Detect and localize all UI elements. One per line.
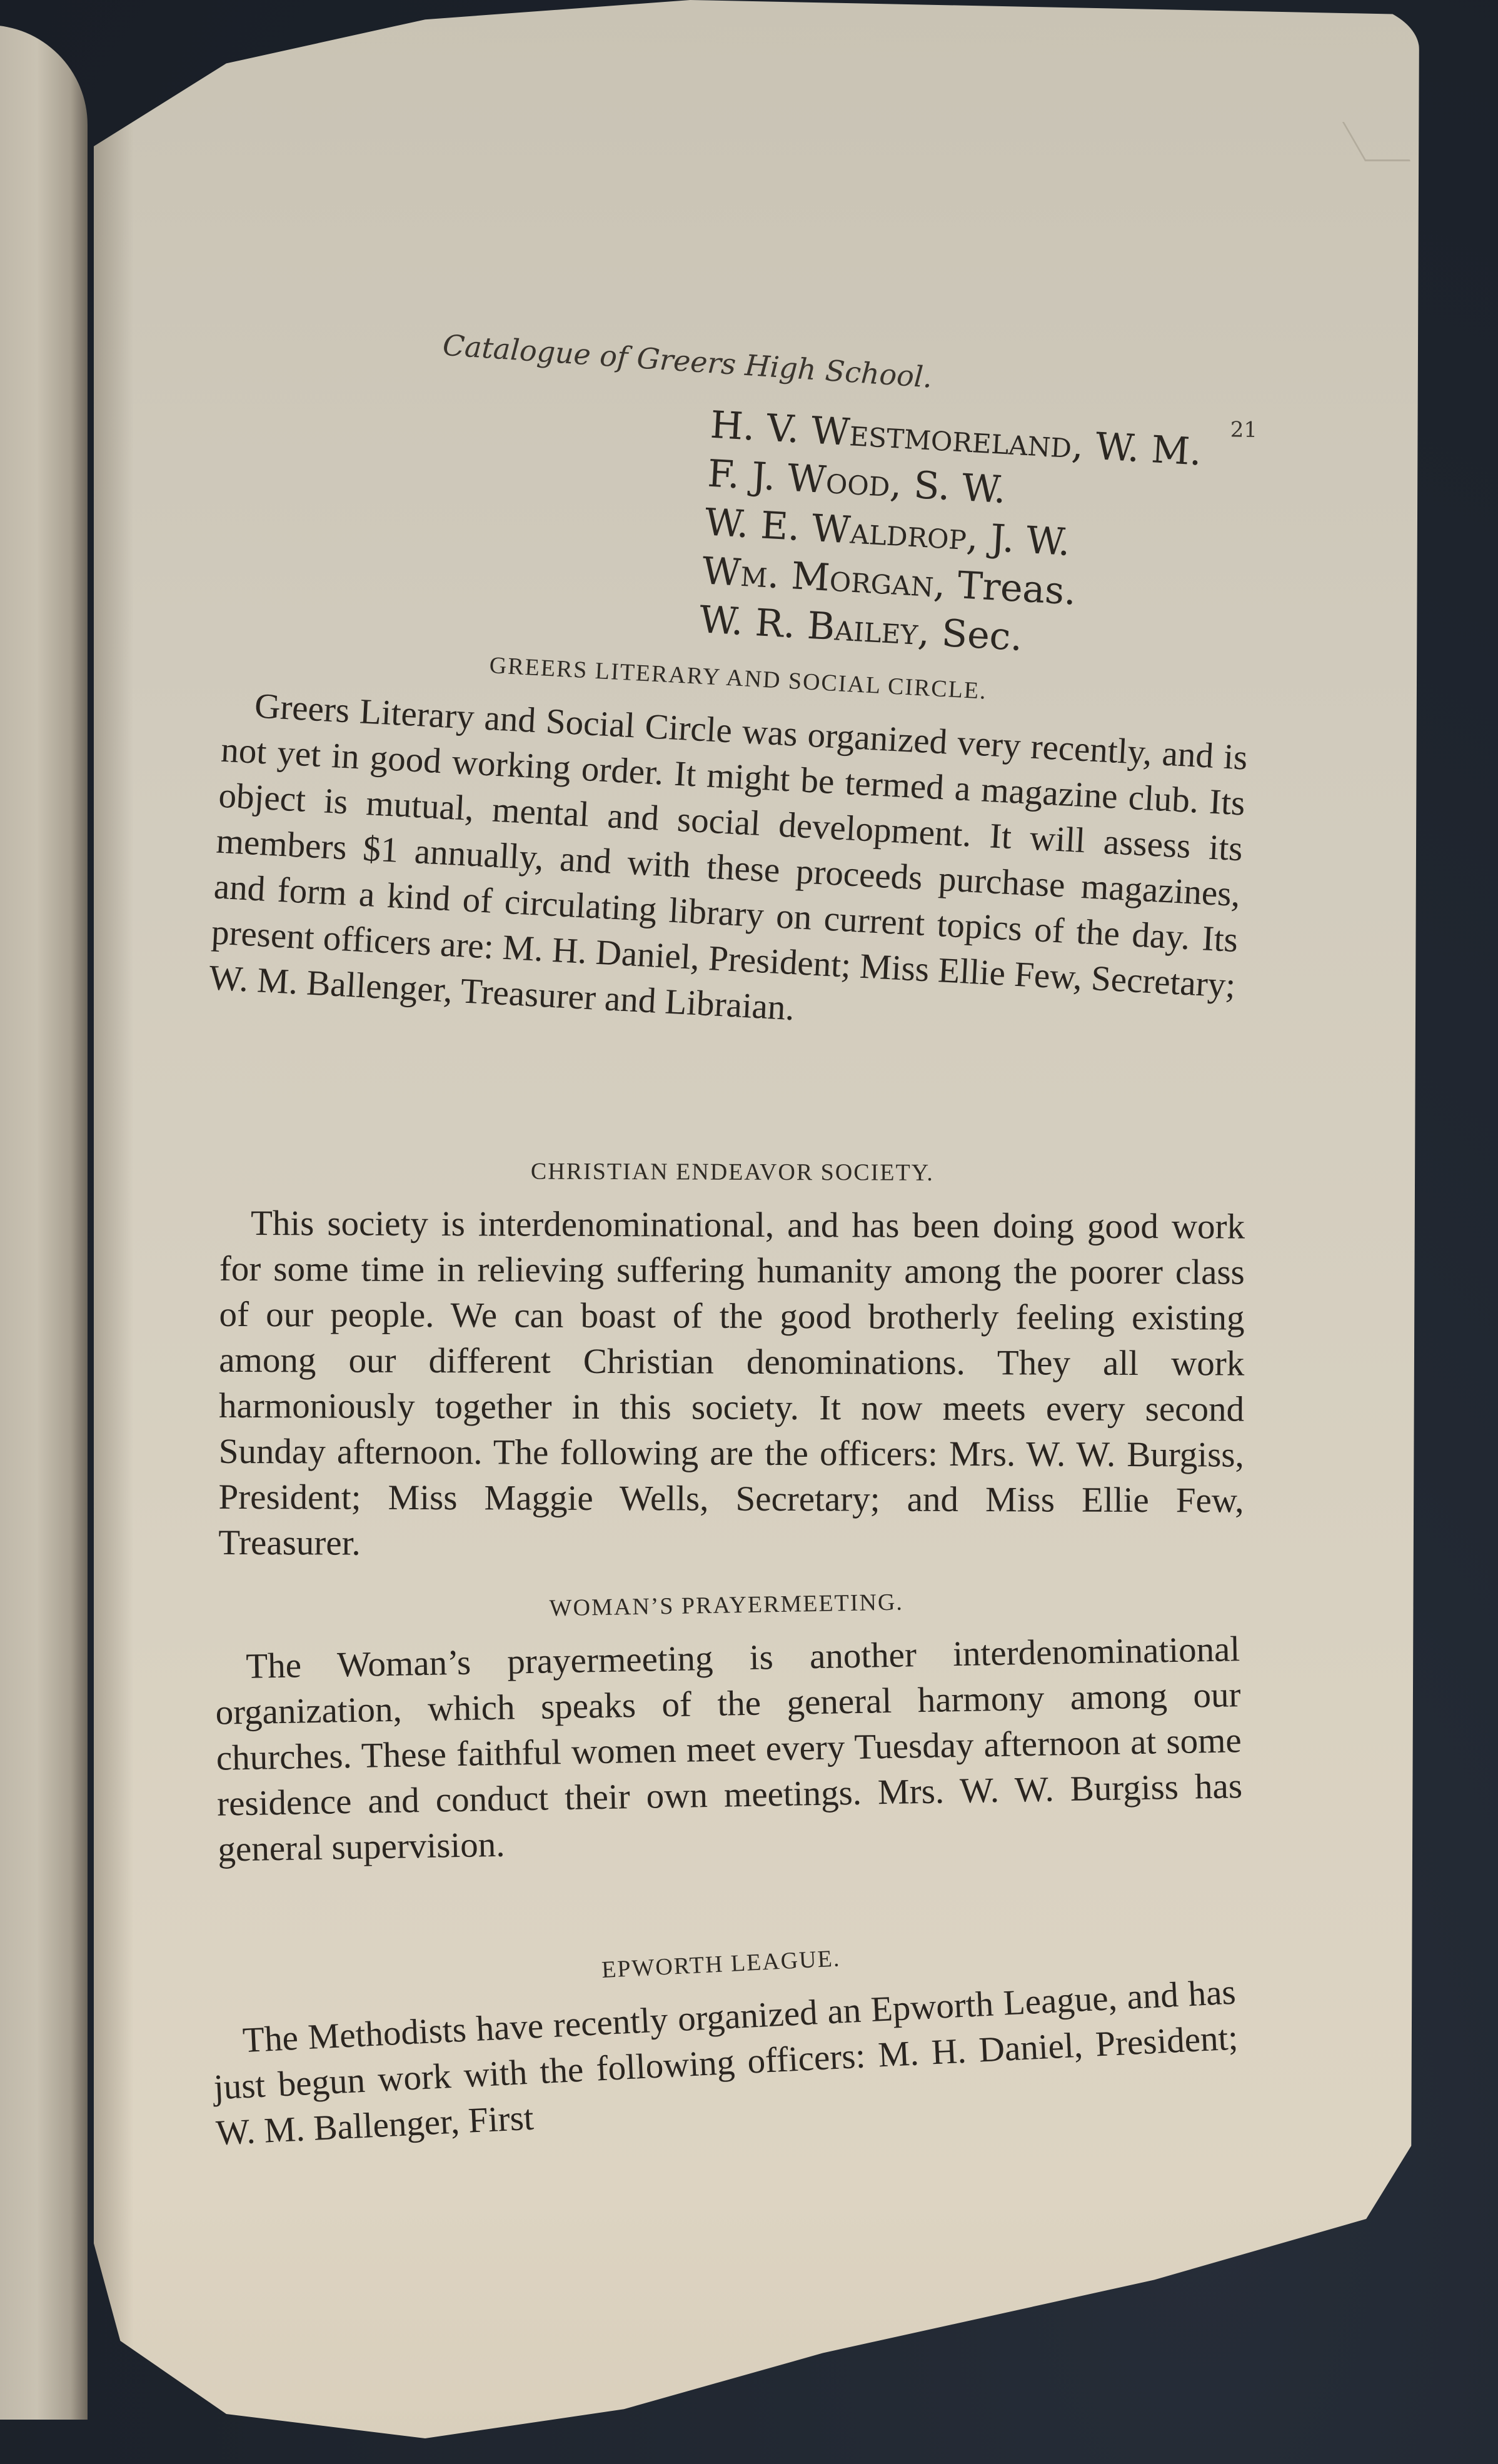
- officer-title: , J. W.: [965, 515, 1072, 565]
- officer-title: , W. M.: [1070, 423, 1203, 475]
- officer-initials: F. J.: [706, 452, 789, 500]
- officers-list: H. V. Westmoreland, W. M. F. J. Wood, S.…: [698, 401, 1203, 671]
- officer-title: , S. W.: [889, 462, 1007, 512]
- section-greers-literary-circle: GREERS LITERARY AND SOCIAL CIRCLE. Greer…: [206, 638, 1251, 1090]
- officer-initials: Wm.: [701, 549, 793, 598]
- officer-title: , Sec.: [917, 610, 1023, 660]
- page-number: 21: [1230, 417, 1258, 443]
- officer-surname: Morgan: [790, 554, 935, 606]
- section-womans-prayermeeting: WOMAN’S PRAYERMEETING. The Woman’s praye…: [214, 1582, 1244, 1908]
- running-head: Catalogue of Greers High School.: [441, 328, 933, 395]
- officer-title: , Treas.: [933, 562, 1078, 614]
- officer-surname: Waldrop: [811, 506, 968, 559]
- officer-surname: Bailey: [806, 604, 919, 654]
- officer-surname: Wood: [787, 456, 892, 506]
- section-heading: CHRISTIAN ENDEAVOR SOCIETY.: [219, 1157, 1245, 1188]
- section-epworth-league: EPWORTH LEAGUE. The Methodists have rece…: [208, 1926, 1243, 2192]
- book-page: Catalogue of Greers High School. 21 H. V…: [94, 0, 1419, 2438]
- officer-initials: W. R.: [698, 598, 808, 648]
- left-facing-page: [0, 25, 88, 2420]
- section-body: The Woman’s prayermeeting is another int…: [214, 1626, 1244, 1873]
- section-body: This society is interdenominational, and…: [218, 1200, 1245, 1569]
- section-christian-endeavor: CHRISTIAN ENDEAVOR SOCIETY. This society…: [218, 1157, 1245, 1605]
- section-body: The Methodists have recently organized a…: [211, 1969, 1242, 2156]
- section-body: Greers Literary and Social Circle was or…: [208, 681, 1249, 1054]
- page-content: Catalogue of Greers High School. 21 H. V…: [231, 325, 1257, 339]
- officer-initials: H. V.: [709, 403, 812, 453]
- officer-initials: W. E.: [704, 500, 813, 550]
